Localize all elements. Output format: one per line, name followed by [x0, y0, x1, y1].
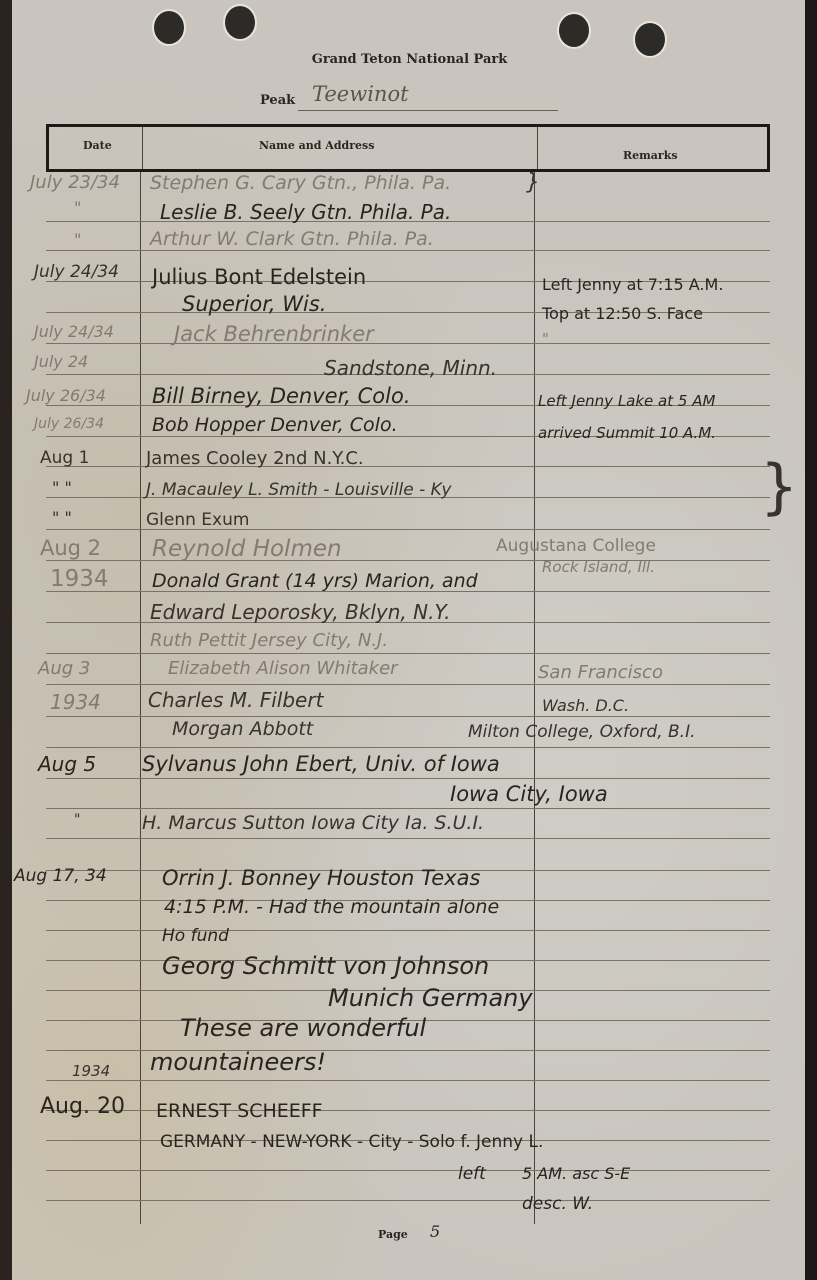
- rule-line: [46, 930, 770, 931]
- entry-date: 1934: [50, 690, 101, 714]
- entry-name: Julius Bont Edelstein: [152, 265, 366, 289]
- binder-hole: [225, 6, 255, 39]
- entry-date: July 24: [34, 352, 88, 371]
- entry-remarks: 5 AM. asc S-E: [522, 1164, 630, 1183]
- entry-remarks: }: [526, 170, 540, 195]
- rule-line: [46, 250, 770, 251]
- entry-name: Superior, Wis.: [182, 292, 326, 316]
- entry-name: Stephen G. Cary Gtn., Phila. Pa.: [150, 172, 451, 194]
- entry-date: 1934: [72, 1062, 110, 1080]
- rule-line: [46, 838, 770, 839]
- entry-name: Morgan Abbott: [172, 718, 313, 740]
- entry-name: Sandstone, Minn.: [324, 356, 497, 380]
- rule-line: [46, 808, 770, 809]
- page-number: 5: [430, 1222, 440, 1241]
- entry-date: Aug 1: [40, 448, 89, 468]
- entry-name: James Cooley 2nd N.Y.C.: [146, 448, 364, 469]
- entry-name: mountaineers!: [150, 1048, 326, 1076]
- entry-remarks: ": [542, 330, 549, 348]
- entry-remarks: San Francisco: [538, 662, 663, 683]
- binder-hole: [154, 11, 184, 44]
- entry-name: Ruth Pettit Jersey City, N.J.: [150, 630, 388, 651]
- entry-name: Edward Leporosky, Bklyn, N.Y.: [150, 600, 450, 624]
- entry-remarks: Rock Island, Ill.: [542, 558, 655, 576]
- entry-remarks: Augustana College: [496, 536, 656, 556]
- register-page: Grand Teton National Park Peak Teewinot …: [12, 0, 807, 1280]
- entry-date: July 24/34: [34, 322, 114, 341]
- entry-name: left: [458, 1164, 486, 1184]
- entry-remarks: Left Jenny at 7:15 A.M.: [542, 275, 723, 294]
- entry-date: ": [74, 198, 81, 217]
- entry-name: Georg Schmitt von Johnson: [162, 952, 489, 980]
- rule-line: [46, 684, 770, 685]
- entry-name: Iowa City, Iowa: [450, 782, 608, 806]
- entry-name: Glenn Exum: [146, 510, 249, 530]
- entry-name: J. Macauley L. Smith - Louisville - Ky: [146, 480, 451, 500]
- entry-date: Aug. 20: [40, 1094, 125, 1119]
- entry-remarks: }: [760, 452, 798, 522]
- entry-name: Sylvanus John Ebert, Univ. of Iowa: [142, 752, 500, 776]
- date-column-divider: [140, 172, 141, 1224]
- entry-date: Aug 2: [40, 536, 101, 560]
- entry-name: ERNEST SCHEEFF: [156, 1100, 323, 1122]
- entry-name: Leslie B. Seely Gtn. Phila. Pa.: [160, 200, 451, 224]
- entry-name: Bob Hopper Denver, Colo.: [152, 414, 398, 436]
- entry-date: July 26/34: [26, 386, 106, 405]
- rule-line: [46, 1200, 770, 1201]
- peak-underline: [298, 110, 558, 111]
- page-label: Page: [378, 1228, 408, 1241]
- entry-remarks: Left Jenny Lake at 5 AM: [538, 392, 715, 410]
- entry-date: July 26/34: [34, 416, 104, 432]
- header-divider: [537, 127, 538, 169]
- entry-name: Bill Birney, Denver, Colo.: [152, 384, 411, 408]
- rule-line: [46, 778, 770, 779]
- peak-label: Peak: [260, 93, 295, 108]
- entry-remarks: Wash. D.C.: [542, 696, 629, 715]
- binder-hole: [559, 14, 589, 47]
- entry-date: July 24/34: [34, 262, 119, 282]
- scan-right-edge: [805, 0, 817, 1280]
- entry-name: GERMANY - NEW-YORK - City - Solo f. Jenn…: [160, 1132, 543, 1152]
- entry-name: Munich Germany: [328, 984, 533, 1012]
- entry-date: Aug 17, 34: [14, 866, 107, 886]
- scan-left-edge: [0, 0, 12, 1280]
- entry-name: Orrin J. Bonney Houston Texas: [162, 866, 480, 890]
- rule-line: [46, 1170, 770, 1171]
- entry-date: July 23/34: [30, 172, 120, 193]
- column-date: Date: [83, 139, 112, 152]
- entry-remarks: arrived Summit 10 A.M.: [538, 424, 716, 442]
- entry-remarks: desc. W.: [522, 1194, 593, 1214]
- entry-name: These are wonderful: [180, 1014, 426, 1042]
- entry-date: Aug 3: [38, 658, 90, 679]
- entry-name: Charles M. Filbert: [148, 688, 323, 712]
- remarks-column-divider: [534, 172, 535, 1224]
- entry-date: ": [74, 812, 80, 828]
- rule-line: [46, 653, 770, 654]
- entry-date: " ": [52, 478, 72, 497]
- entry-name: Jack Behrenbrinker: [174, 322, 374, 346]
- entry-date: 1934: [50, 566, 109, 592]
- entry-name: Ho fund: [162, 926, 229, 946]
- entry-date: " ": [52, 508, 72, 527]
- entry-name: H. Marcus Sutton Iowa City Ia. S.U.I.: [142, 812, 484, 834]
- entry-date: ": [74, 230, 81, 249]
- entry-name: 4:15 P.M. - Had the mountain alone: [164, 896, 499, 918]
- header-divider: [142, 127, 143, 169]
- entry-name: Arthur W. Clark Gtn. Phila. Pa.: [150, 228, 434, 250]
- rule-line: [46, 1110, 770, 1111]
- entry-name: Elizabeth Alison Whitaker: [168, 658, 398, 679]
- entry-date: Aug 5: [38, 752, 96, 776]
- entry-remarks: Top at 12:50 S. Face: [542, 304, 703, 323]
- form-title: Grand Teton National Park: [12, 52, 807, 67]
- column-name-address: Name and Address: [259, 139, 374, 152]
- entry-remarks: Milton College, Oxford, B.I.: [468, 722, 696, 742]
- column-remarks: Remarks: [623, 149, 678, 162]
- rule-line: [46, 716, 770, 717]
- rule-line: [46, 1080, 770, 1081]
- rule-line: [46, 343, 770, 344]
- column-header: Date Name and Address Remarks: [46, 124, 770, 172]
- rule-line: [46, 747, 770, 748]
- entry-name: Reynold Holmen: [152, 536, 342, 562]
- entry-name: Donald Grant (14 yrs) Marion, and: [152, 570, 478, 592]
- peak-value: Teewinot: [312, 82, 409, 106]
